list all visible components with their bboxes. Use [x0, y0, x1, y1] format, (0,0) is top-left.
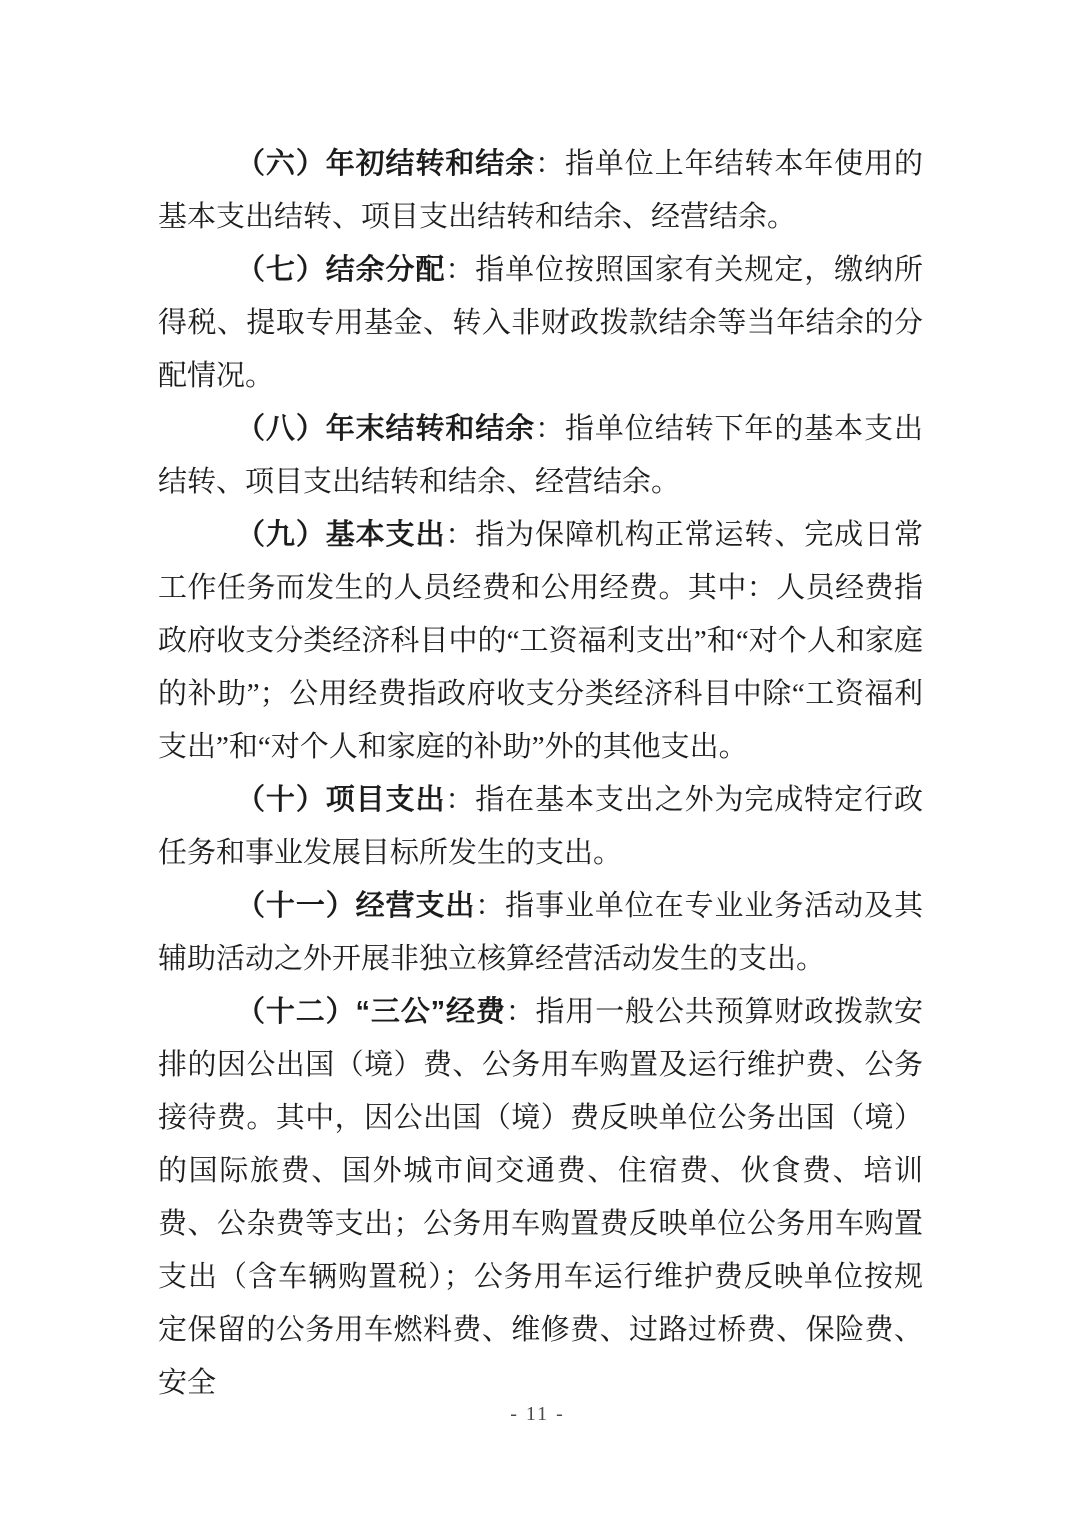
- paragraph-heading: （九）基本支出: [236, 519, 445, 551]
- paragraph: （十一）经营支出：指事业单位在专业业务活动及其辅助活动之外开展非独立核算经营活动…: [158, 880, 923, 986]
- paragraph-heading: （十二）“三公”经费: [236, 996, 506, 1028]
- paragraph-heading: （十一）经营支出: [236, 890, 475, 922]
- paragraph: （九）基本支出：指为保障机构正常运转、完成日常工作任务而发生的人员经费和公用经费…: [158, 509, 923, 774]
- paragraph-heading: （七）结余分配: [236, 254, 445, 286]
- document-body: （六）年初结转和结余：指单位上年结转本年使用的基本支出结转、项目支出结转和结余、…: [158, 138, 923, 1410]
- paragraph: （七）结余分配：指单位按照国家有关规定，缴纳所得税、提取专用基金、转入非财政拨款…: [158, 244, 923, 403]
- paragraph-heading: （八）年末结转和结余: [236, 413, 535, 445]
- paragraph: （十）项目支出：指在基本支出之外为完成特定行政任务和事业发展目标所发生的支出。: [158, 774, 923, 880]
- paragraph: （八）年末结转和结余：指单位结转下年的基本支出结转、项目支出结转和结余、经营结余…: [158, 403, 923, 509]
- document-page: （六）年初结转和结余：指单位上年结转本年使用的基本支出结转、项目支出结转和结余、…: [0, 0, 1075, 1520]
- paragraph-text: ：指为保障机构正常运转、完成日常工作任务而发生的人员经费和公用经费。其中：人员经…: [158, 519, 923, 763]
- page-number: - 11 -: [0, 1403, 1075, 1426]
- paragraph-text: ：指用一般公共预算财政拨款安排的因公出国（境）费、公务用车购置及运行维护费、公务…: [158, 996, 923, 1399]
- paragraph: （六）年初结转和结余：指单位上年结转本年使用的基本支出结转、项目支出结转和结余、…: [158, 138, 923, 244]
- paragraph-heading: （六）年初结转和结余: [236, 148, 535, 180]
- paragraph: （十二）“三公”经费：指用一般公共预算财政拨款安排的因公出国（境）费、公务用车购…: [158, 986, 923, 1410]
- paragraph-heading: （十）项目支出: [236, 784, 445, 816]
